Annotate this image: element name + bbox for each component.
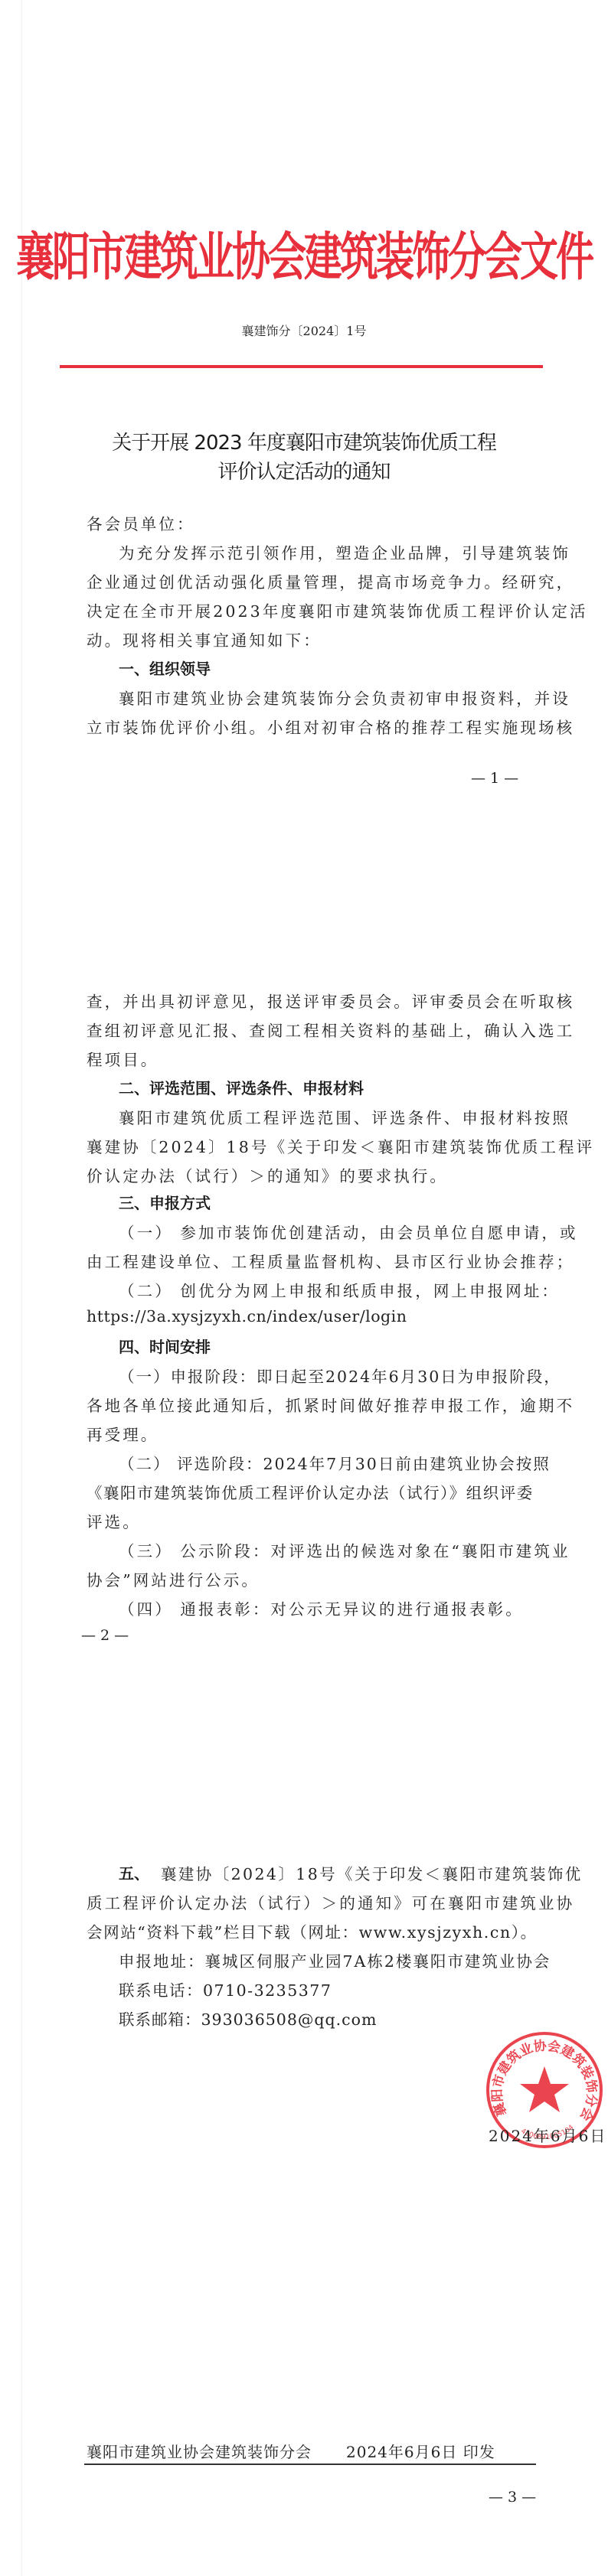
submission-url[interactable]: https://3a.xysjzyxh.cn/index/user/login — [87, 1307, 407, 1325]
page-number-2: — 2 — — [81, 1627, 129, 1644]
intro-line: 决定在全市开展2023年度襄阳市建筑装饰优质工程评价认定活 — [87, 598, 588, 621]
intro-line: 为充分发挥示范引领作用，塑造企业品牌，引导建筑装饰 — [119, 540, 570, 563]
contact-address: 申报地址：襄城区伺服产业园7A栋2楼襄阳市建筑业协会 — [119, 1948, 551, 1971]
notice-title-line1: 关于开展 2023 年度襄阳市建筑装饰优质工程 — [0, 427, 608, 455]
scan-edge — [21, 0, 22, 2576]
org-document-title: 襄阳市建筑业协会建筑装饰分会文件 — [0, 216, 608, 290]
section-4-line: 再受理。 — [87, 1422, 159, 1445]
section-4-line: 各地各单位接此通知后，抓紧时间做好推荐申报工作，逾期不 — [87, 1393, 574, 1416]
contact-phone: 联系电话：0710-3235377 — [119, 1978, 332, 2000]
contact-email[interactable]: 联系邮箱：393036508@qq.com — [119, 2007, 377, 2030]
section-heading-2: 二、评选范围、评选条件、申报材料 — [119, 1076, 364, 1098]
salutation: 各会员单位： — [87, 511, 195, 534]
page-number-1: — 1 — — [471, 770, 518, 787]
section-1-line: 立市装饰优评价小组。小组对初审合格的推荐工程实施现场核 — [87, 715, 574, 738]
section-5-line[interactable]: 会网站“资料下载”栏目下载（网址：www.xysjzyxh.cn）。 — [87, 1919, 538, 1942]
section-4-line: 《襄阳市建筑装饰优质工程评价认定办法（试行）》组织评委 — [87, 1480, 534, 1503]
section-1-line: 查组初评意见汇报、查阅工程相关资料的基础上，确认入选工 — [87, 1018, 574, 1041]
section-5-line: 质工程评价认定办法（试行）＞的通知》可在襄阳市建筑业协 — [87, 1890, 574, 1913]
section-4-line: 评选。 — [87, 1509, 141, 1532]
section-2-line: 襄阳市建筑优质工程评选范围、评选条件、申报材料按照 — [119, 1105, 570, 1128]
notice-title-line2: 评价认定活动的通知 — [0, 456, 608, 484]
document-number: 襄建饰分〔2024〕1号 — [0, 321, 608, 339]
section-4-line: （三） 公示阶段：对评选出的候选对象在“襄阳市建筑业 — [119, 1538, 570, 1561]
section-3-line: （一） 参加市装饰优创建活动，由会员单位自愿申请，或 — [119, 1220, 578, 1243]
intro-line: 企业通过创优活动强化质量管理，提高市场竞争力。经研究， — [87, 569, 574, 592]
signature-date: 2024年6月6日 — [489, 2124, 606, 2146]
section-4-line: （四） 通报表彰：对公示无异议的进行通报表彰。 — [119, 1596, 524, 1619]
footer-divider — [84, 2464, 536, 2465]
section-4-line: （一）申报阶段：即日起至2024年6月30日为申报阶段， — [119, 1364, 561, 1387]
intro-line: 动。现将相关事宜通知如下： — [87, 628, 322, 651]
section-3-line: 由工程建设单位、工程质量监督机构、县市区行业协会推荐； — [87, 1249, 574, 1272]
section-4-line: 协会”网站进行公示。 — [87, 1567, 260, 1590]
section-heading-3: 三、申报方式 — [119, 1191, 211, 1213]
section-heading-4: 四、时间安排 — [119, 1335, 211, 1357]
section-1-line: 查，并出具初评意见，报送评审委员会。评审委员会在听取核 — [87, 989, 574, 1012]
section-2-line: 价认定办法（试行）＞的通知》的要求执行。 — [87, 1163, 448, 1186]
section-1-line: 襄阳市建筑业协会建筑装饰分会负责初审申报资料，并设 — [119, 686, 570, 709]
red-divider — [60, 365, 543, 368]
section-3-line: （二） 创优分为网上申报和纸质申报，网上申报网址： — [119, 1278, 560, 1301]
footer-issue-date: 2024年6月6日 印发 — [346, 2440, 495, 2462]
page-number-3: — 3 — — [489, 2489, 536, 2506]
section-1-line: 程项目。 — [87, 1047, 159, 1070]
section-5-line: 襄建协〔2024〕18号《关于印发＜襄阳市建筑装饰优 — [161, 1861, 583, 1884]
footer-issuer: 襄阳市建筑业协会建筑装饰分会 — [87, 2440, 312, 2462]
section-4-line: （二） 评选阶段：2024年7月30日前由建筑业协会按照 — [119, 1451, 551, 1474]
section-2-line: 襄建协〔2024〕18号《关于印发＜襄阳市建筑装饰优质工程评 — [87, 1134, 594, 1157]
section-heading-5: 五、 — [119, 1861, 149, 1883]
section-heading-1: 一、组织领导 — [119, 657, 211, 679]
